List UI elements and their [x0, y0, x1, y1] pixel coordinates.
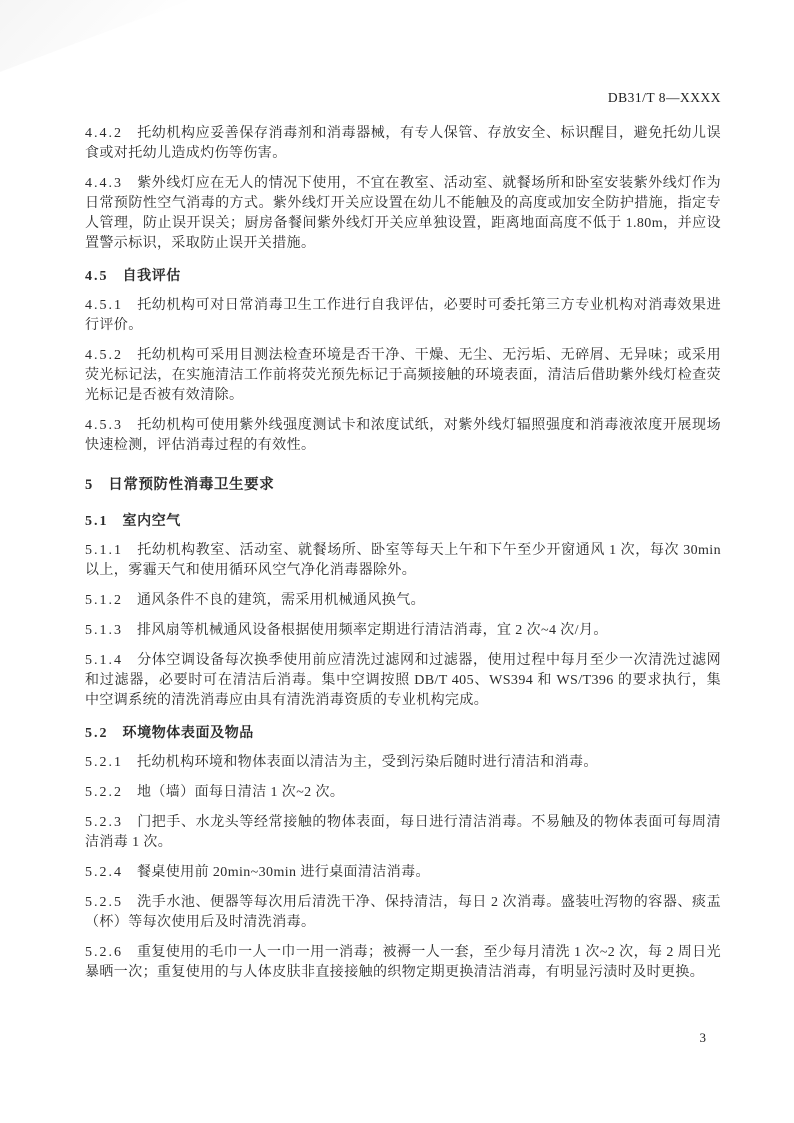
clause-4-4-3: 4.4.3紫外线灯应在无人的情况下使用，不宜在教室、活动室、就餐场所和卧室安装紫… [85, 174, 721, 254]
clause-5-2-5: 5.2.5洗手水池、便器等每次用后清洗干净、保持清洁，每日 2 次消毒。盛装吐泻… [85, 893, 721, 933]
clause-number: 5.1.2 [85, 591, 123, 611]
clause-text: 托幼机构环境和物体表面以清洁为主，受到污染后随时进行清洁和消毒。 [137, 755, 598, 770]
clause-text: 重复使用的毛巾一人一巾一用一消毒；被褥一人一套，至少每月清洗 1 次~2 次，每… [85, 945, 721, 980]
clause-text: 餐桌使用前 20min~30min 进行桌面清洁消毒。 [137, 865, 430, 880]
clause-number: 5.2.1 [85, 753, 123, 773]
clause-4-4-2: 4.4.2托幼机构应妥善保存消毒剂和消毒器械，有专人保管、存放安全、标识醒目，避… [85, 124, 721, 164]
clause-text: 托幼机构可对日常消毒卫生工作进行自我评估，必要时可委托第三方专业机构对消毒效果进… [85, 298, 721, 333]
clause-5-2-4: 5.2.4餐桌使用前 20min~30min 进行桌面清洁消毒。 [85, 863, 721, 883]
clause-4-5-1: 4.5.1托幼机构可对日常消毒卫生工作进行自我评估，必要时可委托第三方专业机构对… [85, 296, 721, 336]
heading-text: 环境物体表面及物品 [123, 726, 254, 741]
clause-number: 5.2.3 [85, 813, 123, 833]
clause-number: 5.1.1 [85, 541, 123, 561]
clause-text: 托幼机构可使用紫外线强度测试卡和浓度试纸，对紫外线灯辐照强度和消毒液浓度开展现场… [85, 418, 721, 453]
clause-number: 5.2.4 [85, 863, 123, 883]
clause-text: 地（墙）面每日清洁 1 次~2 次。 [137, 785, 344, 800]
clause-text: 紫外线灯应在无人的情况下使用，不宜在教室、活动室、就餐场所和卧室安装紫外线灯作为… [85, 176, 721, 251]
clause-number: 5.1.3 [85, 621, 123, 641]
doc-code-header: DB31/T 8—XXXX [85, 90, 721, 106]
heading-text: 自我评估 [123, 269, 181, 284]
heading-text: 室内空气 [123, 514, 181, 529]
clause-4-5-3: 4.5.3托幼机构可使用紫外线强度测试卡和浓度试纸，对紫外线灯辐照强度和消毒液浓… [85, 416, 721, 456]
heading-5: 5日常预防性消毒卫生要求 [85, 475, 721, 495]
clause-number: 5.2.6 [85, 943, 123, 963]
clause-number: 4.4.2 [85, 124, 123, 144]
clause-text: 分体空调设备每次换季使用前应清洗过滤网和过滤器，使用过程中每月至少一次清洗过滤网… [85, 653, 721, 708]
page-content: DB31/T 8—XXXX 4.4.2托幼机构应妥善保存消毒剂和消毒器械，有专人… [85, 90, 721, 993]
clause-5-2-6: 5.2.6重复使用的毛巾一人一巾一用一消毒；被褥一人一套，至少每月清洗 1 次~… [85, 943, 721, 983]
clause-text: 洗手水池、便器等每次用后清洗干净、保持清洁，每日 2 次消毒。盛装吐泻物的容器、… [85, 895, 721, 930]
clause-text: 托幼机构可采用目测法检查环境是否干净、干燥、无尘、无污垢、无碎屑、无异味；或采用… [85, 348, 721, 403]
clause-number: 4.4.3 [85, 174, 123, 194]
clause-5-1-3: 5.1.3排风扇等机械通风设备根据使用频率定期进行清洁消毒，宜 2 次~4 次/… [85, 621, 721, 641]
clause-number: 5.2.2 [85, 783, 123, 803]
clause-5-1-4: 5.1.4分体空调设备每次换季使用前应清洗过滤网和过滤器，使用过程中每月至少一次… [85, 651, 721, 711]
heading-text: 日常预防性消毒卫生要求 [108, 477, 274, 493]
clause-5-2-3: 5.2.3门把手、水龙头等经常接触的物体表面，每日进行清洁消毒。不易触及的物体表… [85, 813, 721, 853]
clause-number: 4.5.3 [85, 416, 123, 436]
heading-4-5: 4.5自我评估 [85, 267, 721, 287]
heading-5-1: 5.1室内空气 [85, 512, 721, 532]
clause-text: 门把手、水龙头等经常接触的物体表面，每日进行清洁消毒。不易触及的物体表面可每周清… [85, 815, 721, 850]
clause-number: 5.2.5 [85, 893, 123, 913]
heading-number: 4.5 [85, 267, 109, 287]
scan-corner-shadow [0, 0, 190, 72]
clause-number: 4.5.1 [85, 296, 123, 316]
heading-number: 5.1 [85, 512, 109, 532]
document-page: DB31/T 8—XXXX 4.4.2托幼机构应妥善保存消毒剂和消毒器械，有专人… [0, 0, 794, 1123]
clause-5-1-1: 5.1.1托幼机构教室、活动室、就餐场所、卧室等每天上午和下午至少开窗通风 1 … [85, 541, 721, 581]
heading-number: 5 [85, 475, 94, 495]
heading-number: 5.2 [85, 724, 109, 744]
clause-text: 托幼机构教室、活动室、就餐场所、卧室等每天上午和下午至少开窗通风 1 次，每次 … [85, 543, 721, 578]
clause-number: 4.5.2 [85, 346, 123, 366]
clause-5-2-1: 5.2.1托幼机构环境和物体表面以清洁为主，受到污染后随时进行清洁和消毒。 [85, 753, 721, 773]
heading-5-2: 5.2环境物体表面及物品 [85, 724, 721, 744]
clause-5-1-2: 5.1.2通风条件不良的建筑，需采用机械通风换气。 [85, 591, 721, 611]
clause-text: 排风扇等机械通风设备根据使用频率定期进行清洁消毒，宜 2 次~4 次/月。 [137, 623, 608, 638]
clause-number: 5.1.4 [85, 651, 123, 671]
page-number: 3 [700, 1030, 707, 1046]
clause-4-5-2: 4.5.2托幼机构可采用目测法检查环境是否干净、干燥、无尘、无污垢、无碎屑、无异… [85, 346, 721, 406]
clause-text: 托幼机构应妥善保存消毒剂和消毒器械，有专人保管、存放安全、标识醒目，避免托幼儿误… [85, 126, 721, 161]
clause-text: 通风条件不良的建筑，需采用机械通风换气。 [137, 593, 425, 608]
clause-5-2-2: 5.2.2地（墙）面每日清洁 1 次~2 次。 [85, 783, 721, 803]
